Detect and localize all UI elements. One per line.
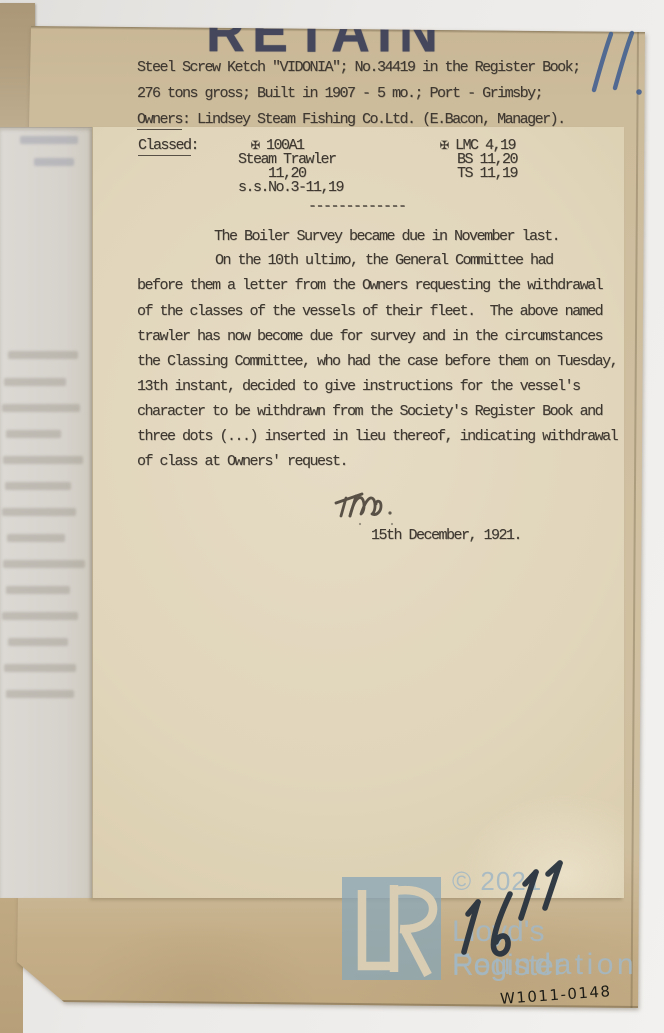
handwritten-page-number (578, 28, 658, 108)
handwritten-annotations: W1011-0148 (0, 0, 664, 1033)
handwritten-item-number (440, 858, 570, 976)
scanned-document-photo: RETAIN Steel Screw Ketch "VIDONIA"; No.3… (0, 0, 664, 1033)
handwritten-reference-number: W1011-0148 (500, 982, 613, 1008)
